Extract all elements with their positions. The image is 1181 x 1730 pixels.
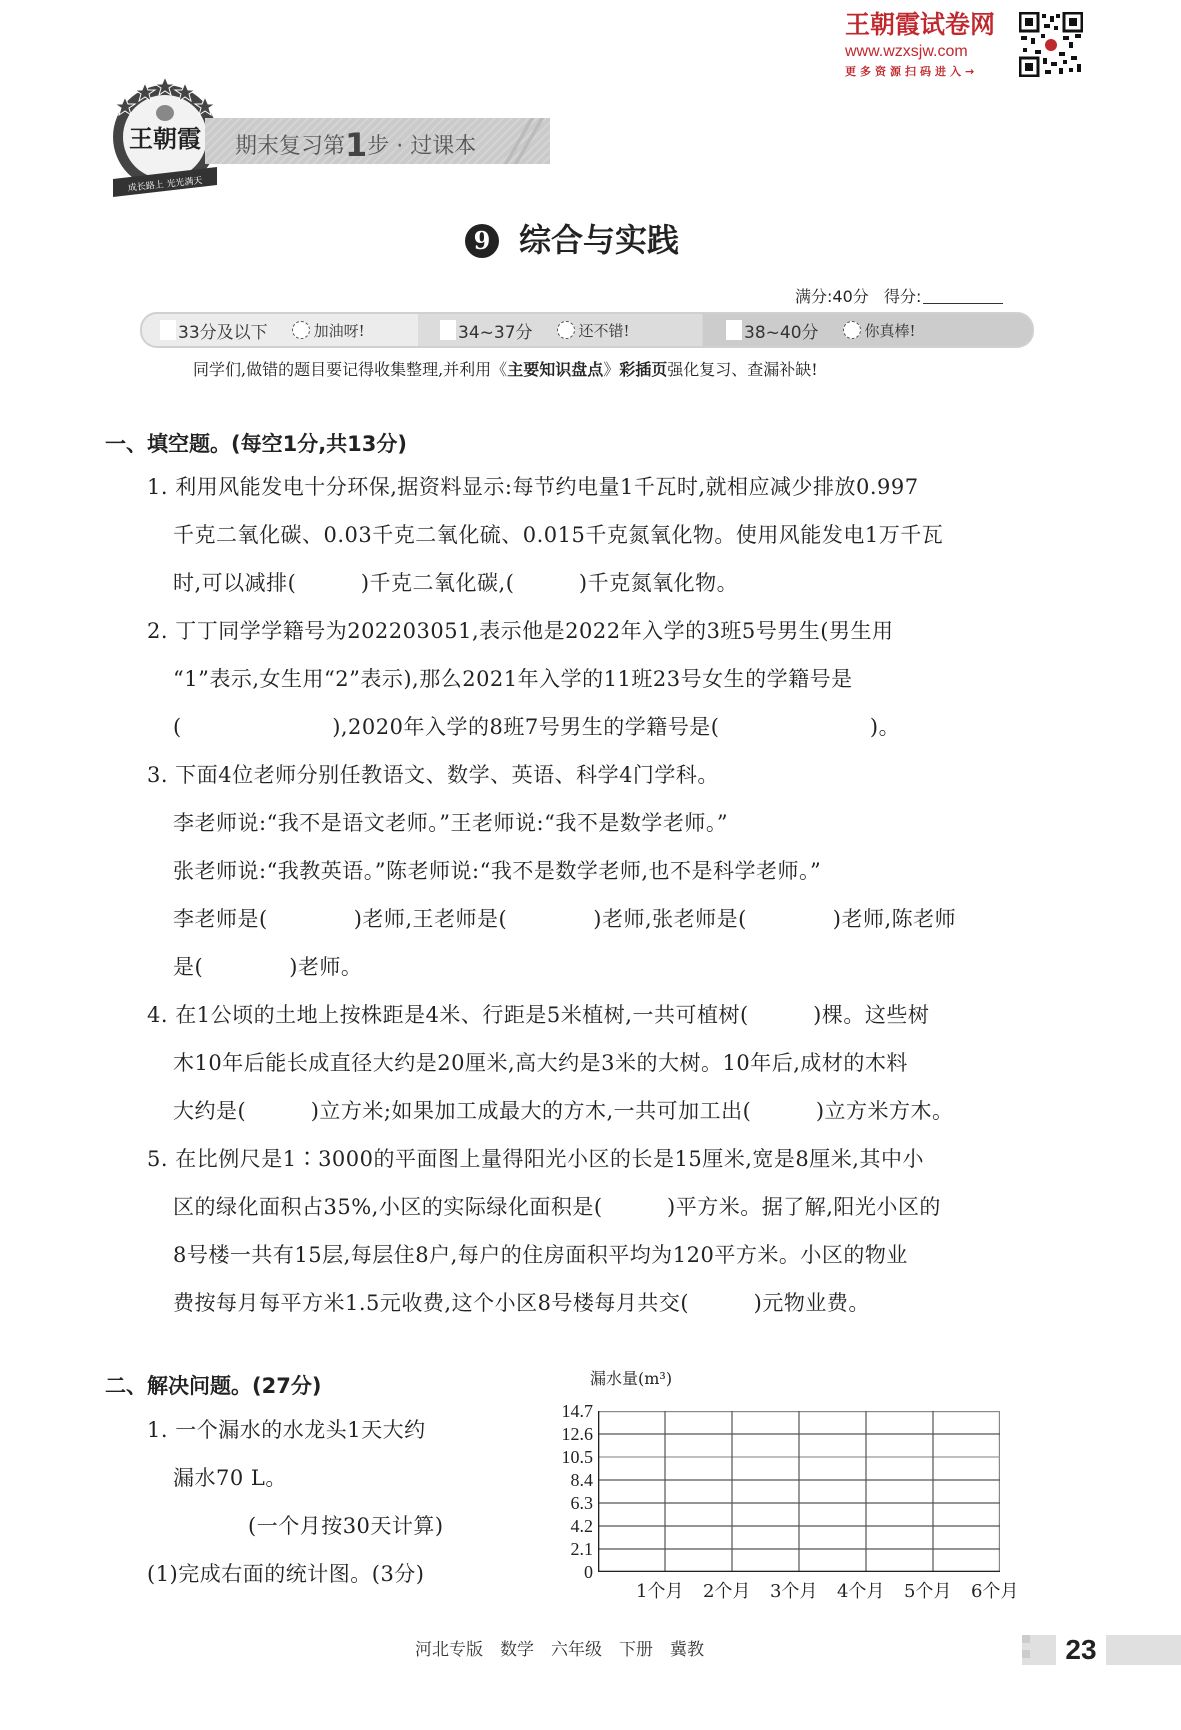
rating-range: 34~37分 — [458, 318, 533, 343]
chapter-number-icon: 9 — [465, 224, 499, 258]
checkbox[interactable] — [160, 320, 176, 340]
band-prefix: 期末复习第 — [235, 134, 345, 159]
header-band-text: 期末复习第1步 · 过课本 — [235, 126, 476, 164]
rating-option-mid[interactable]: 34~37分还不错! — [440, 314, 630, 346]
chart-x-ticks: 1个月 2个月 3个月 4个月 5个月 6个月 — [598, 1577, 1048, 1603]
q3-line: 3. 下面4位老师分别任教语文、数学、英语、科学4门学科。 — [147, 761, 719, 789]
q1-line: 1. 利用风能发电十分环保,据资料显示:每节约电量1千瓦时,就相应减少排放0.9… — [147, 473, 919, 501]
review-notice: 同学们,做错的题目要记得收集整理,并利用《主要知识盘点》彩插页强化复习、查漏补缺… — [193, 357, 818, 380]
s2-q1-sub1: (1)完成右面的统计图。(3分) — [147, 1560, 425, 1588]
rating-range: 33分及以下 — [178, 318, 268, 343]
q1-line: 时,可以减排( )千克二氧化碳,( )千克氮氧化物。 — [173, 569, 738, 597]
q4-line: 大约是( )立方米;如果加工成最大的方木,一共可加工出( )立方米方木。 — [173, 1097, 954, 1125]
checkbox[interactable] — [726, 320, 742, 340]
q3-line: 张老师说:“我教英语。”陈老师说:“我不是数学老师,也不是科学老师。” — [173, 857, 821, 885]
rating-cheer: 加油呀! — [314, 320, 365, 341]
chart-y-axis-label: 漏水量(m³) — [590, 1366, 672, 1389]
notice-text: 强化复习、查漏补缺! — [667, 360, 817, 379]
q4-line: 4. 在1公顷的土地上按株距是4米、行距是5米植树,一共可植树( )棵。这些树 — [147, 1001, 929, 1029]
rating-range: 38~40分 — [744, 318, 819, 343]
x-tick: 2个月 — [703, 1577, 750, 1603]
page-deco-square — [1022, 1650, 1030, 1658]
x-tick: 5个月 — [904, 1577, 951, 1603]
band-suffix: 步 · 过课本 — [367, 134, 476, 159]
y-tick: 2.1 — [538, 1541, 593, 1557]
q5-line: 8号楼一共有15层,每层住8户,每户的住房面积平均为120平方米。小区的物业 — [173, 1241, 908, 1269]
full-score-label: 满分:40分 — [795, 287, 869, 306]
x-tick: 3个月 — [770, 1577, 817, 1603]
q4-line: 木10年后能长成直径大约是20厘米,高大约是3米的大树。10年后,成材的木料 — [173, 1049, 908, 1077]
brand-title: 王朝霞试卷网 — [845, 10, 995, 40]
header-band: 期末复习第1步 · 过课本 — [205, 118, 550, 164]
s2-q1-note: (一个月按30天计算) — [248, 1512, 444, 1540]
page-deco-square — [1022, 1635, 1030, 1643]
q3-line: 李老师说:“我不是语文老师。”王老师说:“我不是数学老师。” — [173, 809, 728, 837]
smiley-face-icon — [843, 321, 861, 339]
rating-option-low[interactable]: 33分及以下加油呀! — [160, 314, 365, 346]
score-input[interactable] — [923, 289, 1003, 304]
y-tick: 14.7 — [538, 1403, 593, 1419]
page-number: 23 — [1056, 1633, 1106, 1667]
got-score-label: 得分: — [884, 287, 921, 306]
section2-title: 二、解决问题。(27分) — [105, 1370, 321, 1400]
q2-line: 2. 丁丁同学学籍号为202203051,表示他是2022年入学的3班5号男生(… — [147, 617, 894, 645]
score-line: 满分:40分 得分: — [795, 284, 1003, 307]
chapter-title-text: 综合与实践 — [519, 221, 679, 259]
rating-cheer: 你真棒! — [865, 320, 916, 341]
page-number-box: 23 — [1022, 1635, 1181, 1665]
notice-text: 同学们,做错的题目要记得收集整理,并利用《 — [193, 360, 507, 379]
rating-bar: 33分及以下加油呀! 34~37分还不错! 38~40分你真棒! — [140, 312, 1034, 348]
section1-title: 一、填空题。(每空1分,共13分) — [105, 428, 407, 458]
x-tick: 6个月 — [971, 1577, 1018, 1603]
q5-line: 5. 在比例尺是1∶3000的平面图上量得阳光小区的长是15厘米,宽是8厘米,其… — [147, 1145, 924, 1173]
y-tick: 8.4 — [538, 1472, 593, 1488]
q2-line: ( ),2020年入学的8班7号男生的学籍号是( )。 — [173, 713, 900, 741]
rating-cheer: 还不错! — [579, 320, 630, 341]
q5-line: 费按每月每平方米1.5元收费,这个小区8号楼每月共交( )元物业费。 — [173, 1289, 870, 1317]
s2-q1-line: 1. 一个漏水的水龙头1天大约 — [147, 1416, 426, 1444]
q2-line: “1”表示,女生用“2”表示),那么2021年入学的11班23号女生的学籍号是 — [173, 665, 853, 693]
rating-option-high[interactable]: 38~40分你真棒! — [726, 314, 916, 346]
qr-code-icon[interactable] — [1019, 12, 1083, 77]
y-tick: 6.3 — [538, 1495, 593, 1511]
notice-bold: 彩插页 — [619, 360, 667, 379]
notice-text: 》 — [603, 360, 619, 379]
band-step: 1 — [345, 126, 367, 164]
s2-q1-line: 漏水70 L。 — [173, 1464, 287, 1492]
brand-url[interactable]: www.wzxsjw.com — [845, 43, 968, 61]
y-tick: 0 — [538, 1564, 593, 1580]
brand-scan-text: 更多资源扫码进入→ — [845, 65, 978, 79]
chart-grid[interactable] — [598, 1411, 1000, 1572]
chapter-title: 9综合与实践 — [465, 215, 679, 261]
logo-name: 王朝霞 — [129, 124, 201, 153]
q5-line: 区的绿化面积占35%,小区的实际绿化面积是( )平方米。据了解,阳光小区的 — [173, 1193, 941, 1221]
footer-edition: 河北专版 数学 六年级 下册 冀教 — [415, 1635, 704, 1660]
notice-bold: 主要知识盘点 — [507, 360, 603, 379]
q3-line: 李老师是( )老师,王老师是( )老师,张老师是( )老师,陈老师 — [173, 905, 956, 933]
y-tick: 12.6 — [538, 1426, 593, 1442]
q3-line: 是( )老师。 — [173, 953, 362, 981]
checkbox[interactable] — [440, 320, 456, 340]
chart-y-ticks: 14.7 12.6 10.5 8.4 6.3 4.2 2.1 0 — [538, 1398, 598, 1588]
y-tick: 4.2 — [538, 1518, 593, 1534]
x-tick: 1个月 — [636, 1577, 683, 1603]
y-tick: 10.5 — [538, 1449, 593, 1465]
q1-line: 千克二氧化碳、0.03千克二氧化硫、0.015千克氮氧化物。使用风能发电1万千瓦 — [173, 521, 943, 549]
x-tick: 4个月 — [837, 1577, 884, 1603]
smiley-face-icon — [292, 321, 310, 339]
smiley-face-icon — [557, 321, 575, 339]
